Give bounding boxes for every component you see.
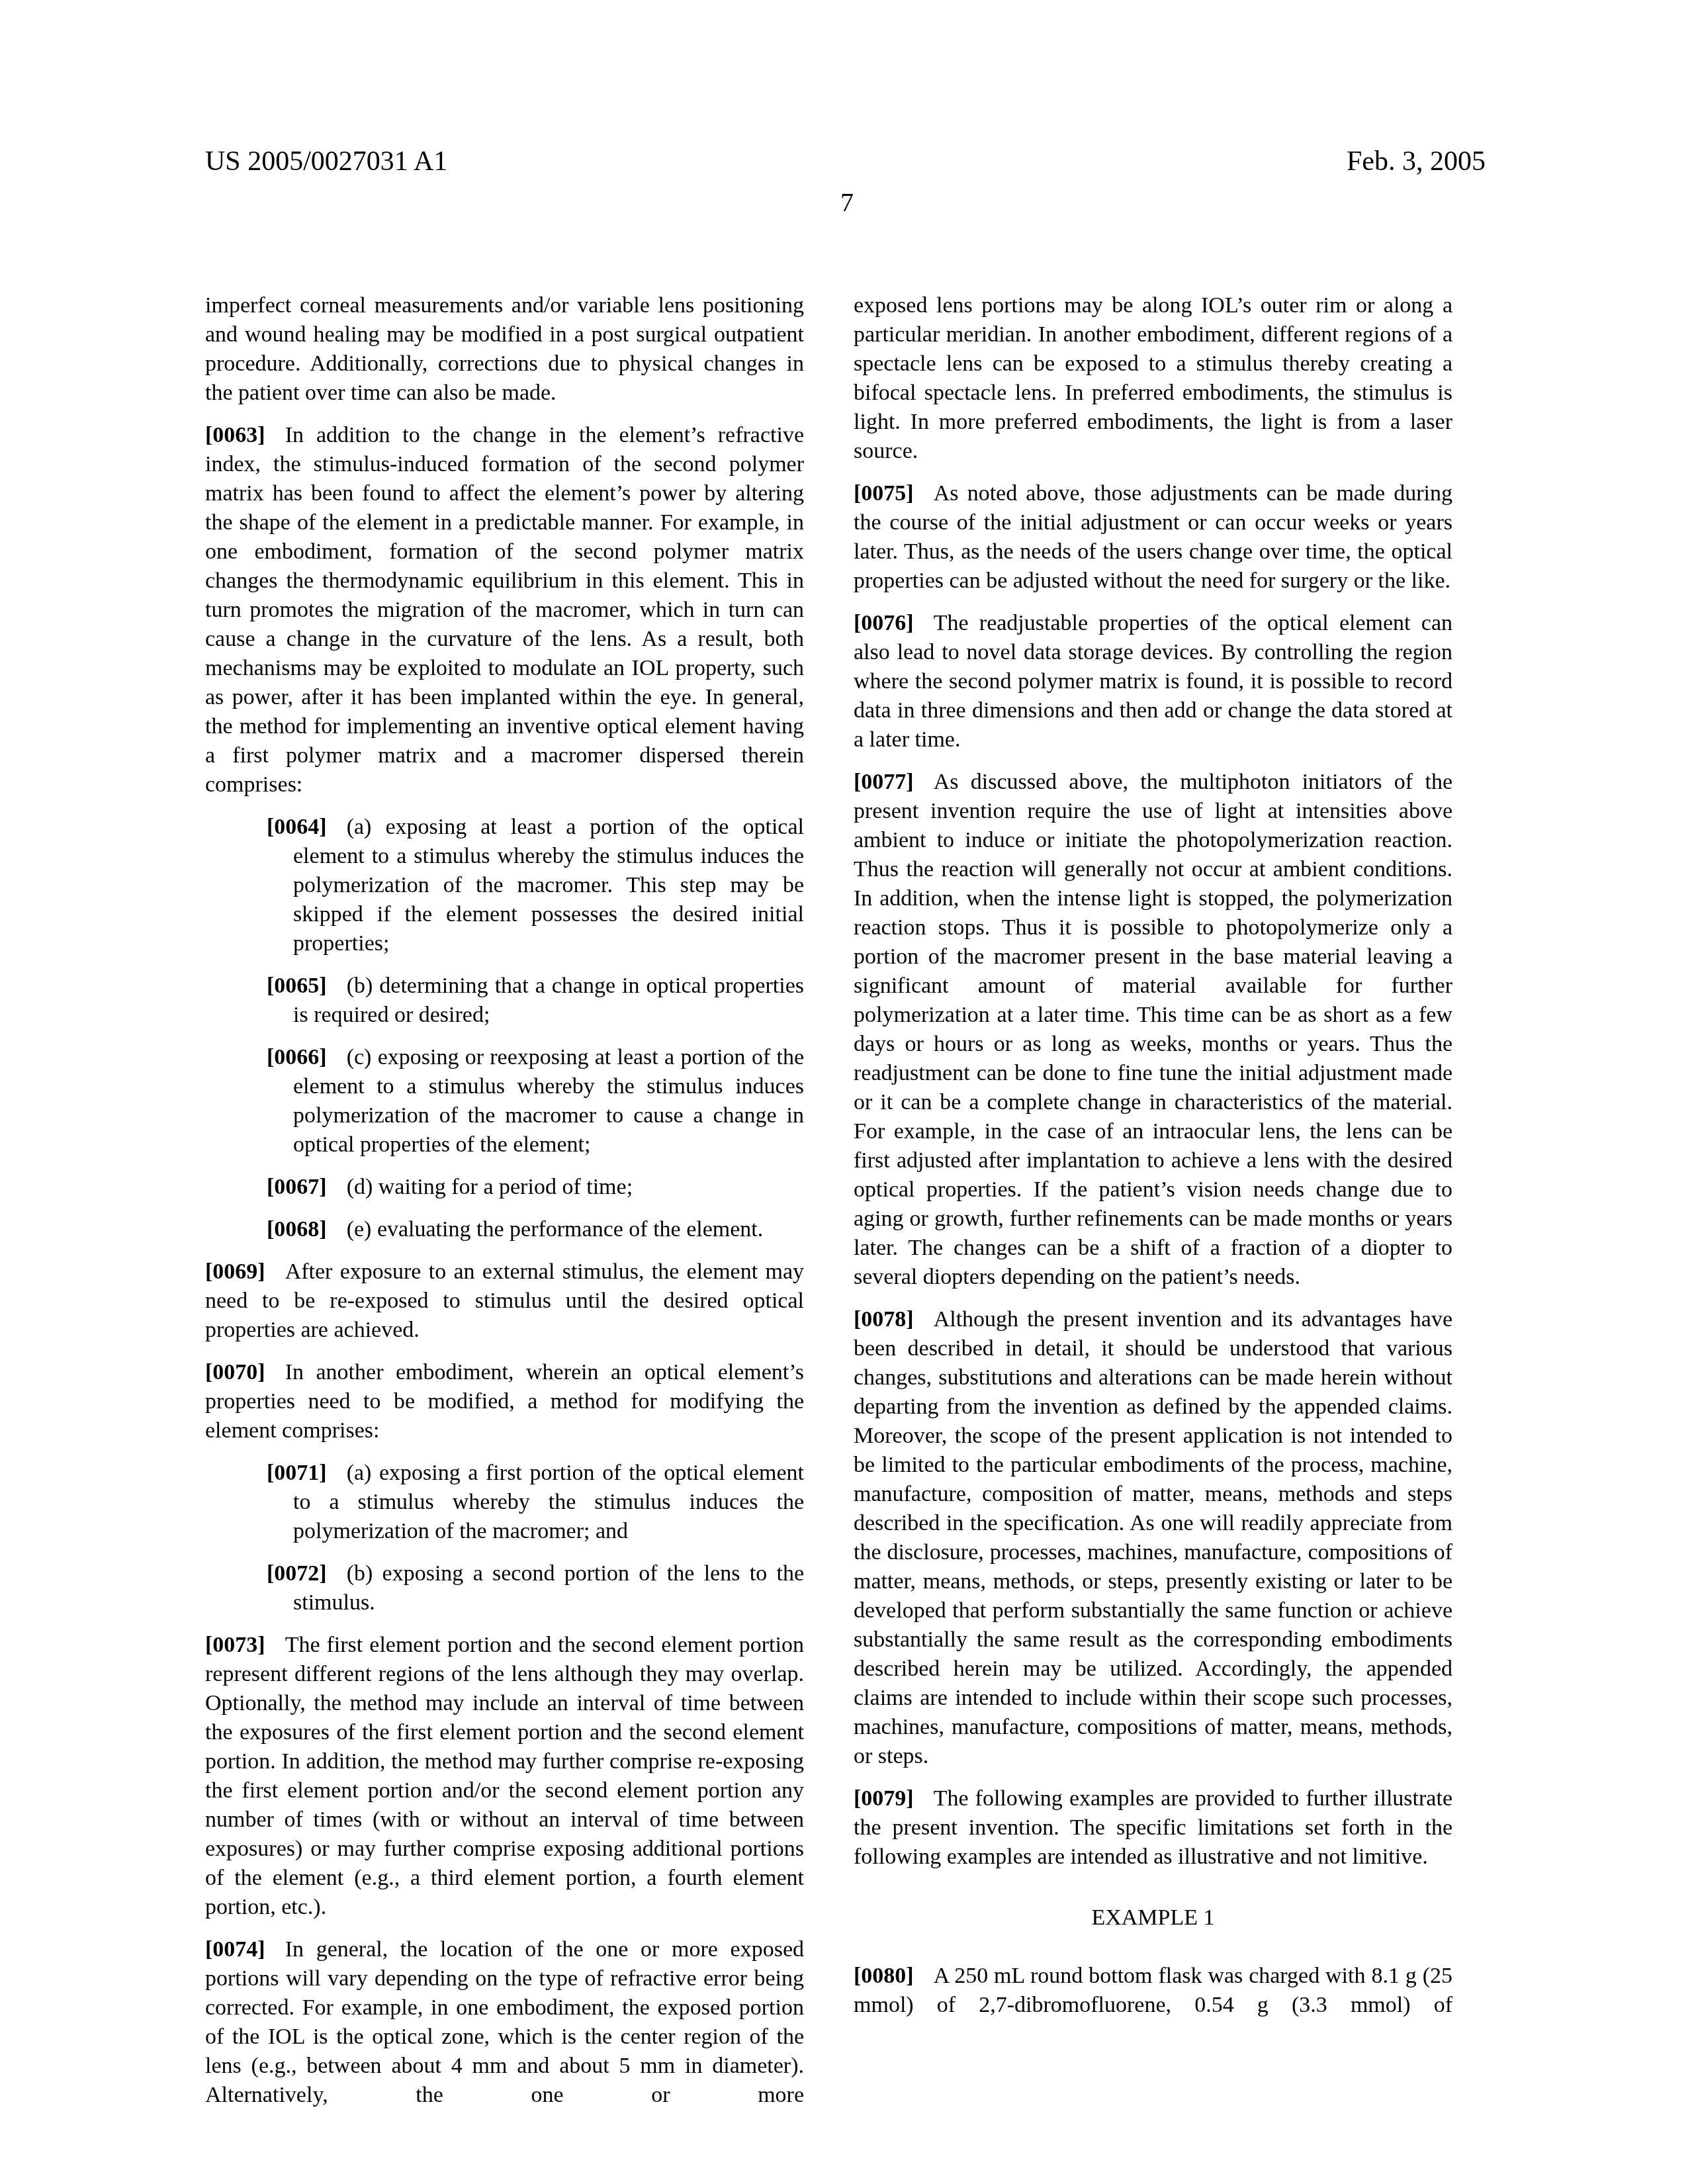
left-column: imperfect corneal measurements and/or va… bbox=[205, 291, 804, 2123]
paragraph-0067: [0067](d) waiting for a period of time; bbox=[205, 1173, 804, 1202]
paragraph-0066: [0066](c) exposing or reexposing at leas… bbox=[205, 1043, 804, 1160]
paragraph-tag: [0065] bbox=[267, 974, 327, 998]
paragraph-tag: [0076] bbox=[854, 611, 914, 635]
paragraph-0079: [0079]The following examples are provide… bbox=[854, 1784, 1452, 1872]
right-column: exposed lens portions may be along IOL’s… bbox=[854, 291, 1452, 2033]
paragraph-text: As discussed above, the multiphoton init… bbox=[854, 770, 1452, 1289]
paragraph-0072: [0072](b) exposing a second portion of t… bbox=[205, 1559, 804, 1617]
paragraph-0075: [0075]As noted above, those adjustments … bbox=[854, 479, 1452, 596]
paragraph-text: After exposure to an external stimulus, … bbox=[205, 1259, 804, 1342]
paragraph-text: The following examples are provided to f… bbox=[854, 1786, 1452, 1869]
paragraph-text: As noted above, those adjustments can be… bbox=[854, 481, 1452, 593]
paragraph-tag: [0064] bbox=[267, 815, 327, 839]
paragraph-tag: [0074] bbox=[205, 1937, 265, 1962]
paragraph-text: (b) determining that a change in optical… bbox=[293, 974, 804, 1027]
paragraph-text: (c) exposing or reexposing at least a po… bbox=[293, 1045, 804, 1157]
paragraph-text: (a) exposing a first portion of the opti… bbox=[293, 1461, 804, 1543]
paragraph-0064: [0064](a) exposing at least a portion of… bbox=[205, 813, 804, 958]
paragraph-0070: [0070]In another embodiment, wherein an … bbox=[205, 1358, 804, 1445]
paragraph-tag: [0071] bbox=[267, 1461, 327, 1485]
paragraph-0077: [0077]As discussed above, the multiphoto… bbox=[854, 768, 1452, 1292]
paragraph-tag: [0075] bbox=[854, 481, 914, 506]
paragraph-text: In addition to the change in the element… bbox=[205, 423, 804, 797]
paragraph-tag: [0067] bbox=[267, 1175, 327, 1199]
paragraph-continuation-right: exposed lens portions may be along IOL’s… bbox=[854, 291, 1452, 466]
paragraph-tag: [0078] bbox=[854, 1307, 914, 1332]
paragraph-text: The readjustable properties of the optic… bbox=[854, 611, 1452, 752]
paragraph-0063: [0063]In addition to the change in the e… bbox=[205, 421, 804, 799]
paragraph-tag: [0079] bbox=[854, 1786, 914, 1811]
paragraph-text: (a) exposing at least a portion of the o… bbox=[293, 815, 804, 956]
paragraph-tag: [0077] bbox=[854, 770, 914, 794]
publication-date: Feb. 3, 2005 bbox=[1347, 146, 1486, 177]
example-1-heading: EXAMPLE 1 bbox=[854, 1903, 1452, 1933]
paragraph-text: (e) evaluating the performance of the el… bbox=[347, 1217, 764, 1242]
paragraph-0068: [0068](e) evaluating the performance of … bbox=[205, 1215, 804, 1244]
paragraph-text: exposed lens portions may be along IOL’s… bbox=[854, 293, 1452, 463]
paragraph-0073: [0073]The first element portion and the … bbox=[205, 1631, 804, 1922]
paragraph-tag: [0080] bbox=[854, 1964, 914, 1988]
paragraph-0065: [0065](b) determining that a change in o… bbox=[205, 972, 804, 1030]
paragraph-text: (d) waiting for a period of time; bbox=[347, 1175, 633, 1199]
paragraph-text: (b) exposing a second portion of the len… bbox=[293, 1561, 804, 1615]
paragraph-tag: [0066] bbox=[267, 1045, 327, 1069]
paragraph-0078: [0078]Although the present invention and… bbox=[854, 1305, 1452, 1771]
paragraph-text: In general, the location of the one or m… bbox=[205, 1937, 804, 2107]
paragraph-0080: [0080]A 250 mL round bottom flask was ch… bbox=[854, 1962, 1452, 2020]
paragraph-tag: [0072] bbox=[267, 1561, 327, 1586]
paragraph-0076: [0076]The readjustable properties of the… bbox=[854, 609, 1452, 754]
paragraph-tag: [0069] bbox=[205, 1259, 265, 1284]
paragraph-text: imperfect corneal measurements and/or va… bbox=[205, 293, 804, 405]
paragraph-tag: [0070] bbox=[205, 1360, 265, 1385]
paragraph-tag: [0073] bbox=[205, 1633, 265, 1657]
patent-page: US 2005/0027031 A1 Feb. 3, 2005 7 imperf… bbox=[0, 0, 1694, 2184]
paragraph-text: A 250 mL round bottom flask was charged … bbox=[854, 1964, 1452, 2017]
paragraph-text: Although the present invention and its a… bbox=[854, 1307, 1452, 1768]
paragraph-text: In another embodiment, wherein an optica… bbox=[205, 1360, 804, 1443]
paragraph-tag: [0063] bbox=[205, 423, 265, 447]
paragraph-0071: [0071](a) exposing a first portion of th… bbox=[205, 1459, 804, 1546]
paragraph-tag: [0068] bbox=[267, 1217, 327, 1242]
paragraph-continuation-left: imperfect corneal measurements and/or va… bbox=[205, 291, 804, 408]
page-number: 7 bbox=[0, 187, 1694, 218]
paragraph-text: The first element portion and the second… bbox=[205, 1633, 804, 1919]
publication-number: US 2005/0027031 A1 bbox=[205, 146, 447, 177]
paragraph-0074: [0074]In general, the location of the on… bbox=[205, 1935, 804, 2110]
paragraph-0069: [0069]After exposure to an external stim… bbox=[205, 1257, 804, 1345]
